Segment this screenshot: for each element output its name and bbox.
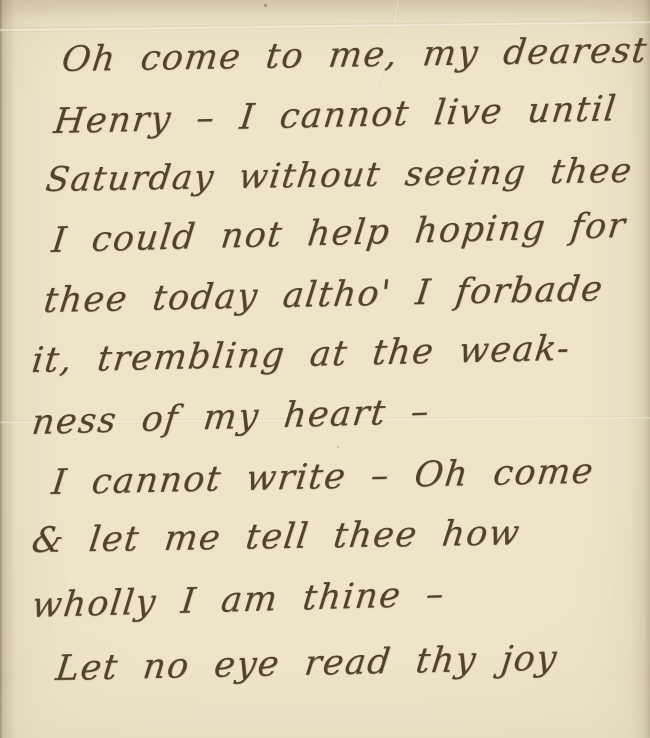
letter-line: wholly I am thine – bbox=[30, 574, 448, 626]
letter-line: Henry – I cannot live until bbox=[52, 89, 619, 142]
paper-fold-crease-top bbox=[0, 20, 650, 32]
letter-line: it, trembling at the weak- bbox=[30, 329, 573, 381]
letter-line: thee today altho' I forbade bbox=[42, 269, 606, 321]
letter-page: Oh come to me, my dearest Henry – I cann… bbox=[0, 0, 650, 738]
letter-line: I cannot write – Oh come bbox=[50, 452, 597, 503]
paper-speck bbox=[337, 446, 339, 448]
paper-speck bbox=[264, 4, 267, 7]
letter-line: I could not help hoping for bbox=[50, 206, 629, 261]
letter-line: Let no eye read thy joy bbox=[54, 638, 560, 689]
letter-line: & let me tell thee how bbox=[30, 513, 523, 561]
letter-line: Saturday without seeing thee – bbox=[44, 150, 650, 200]
letter-line: ness of my heart – bbox=[30, 392, 432, 443]
letter-line: Oh come to me, my dearest bbox=[60, 31, 650, 80]
